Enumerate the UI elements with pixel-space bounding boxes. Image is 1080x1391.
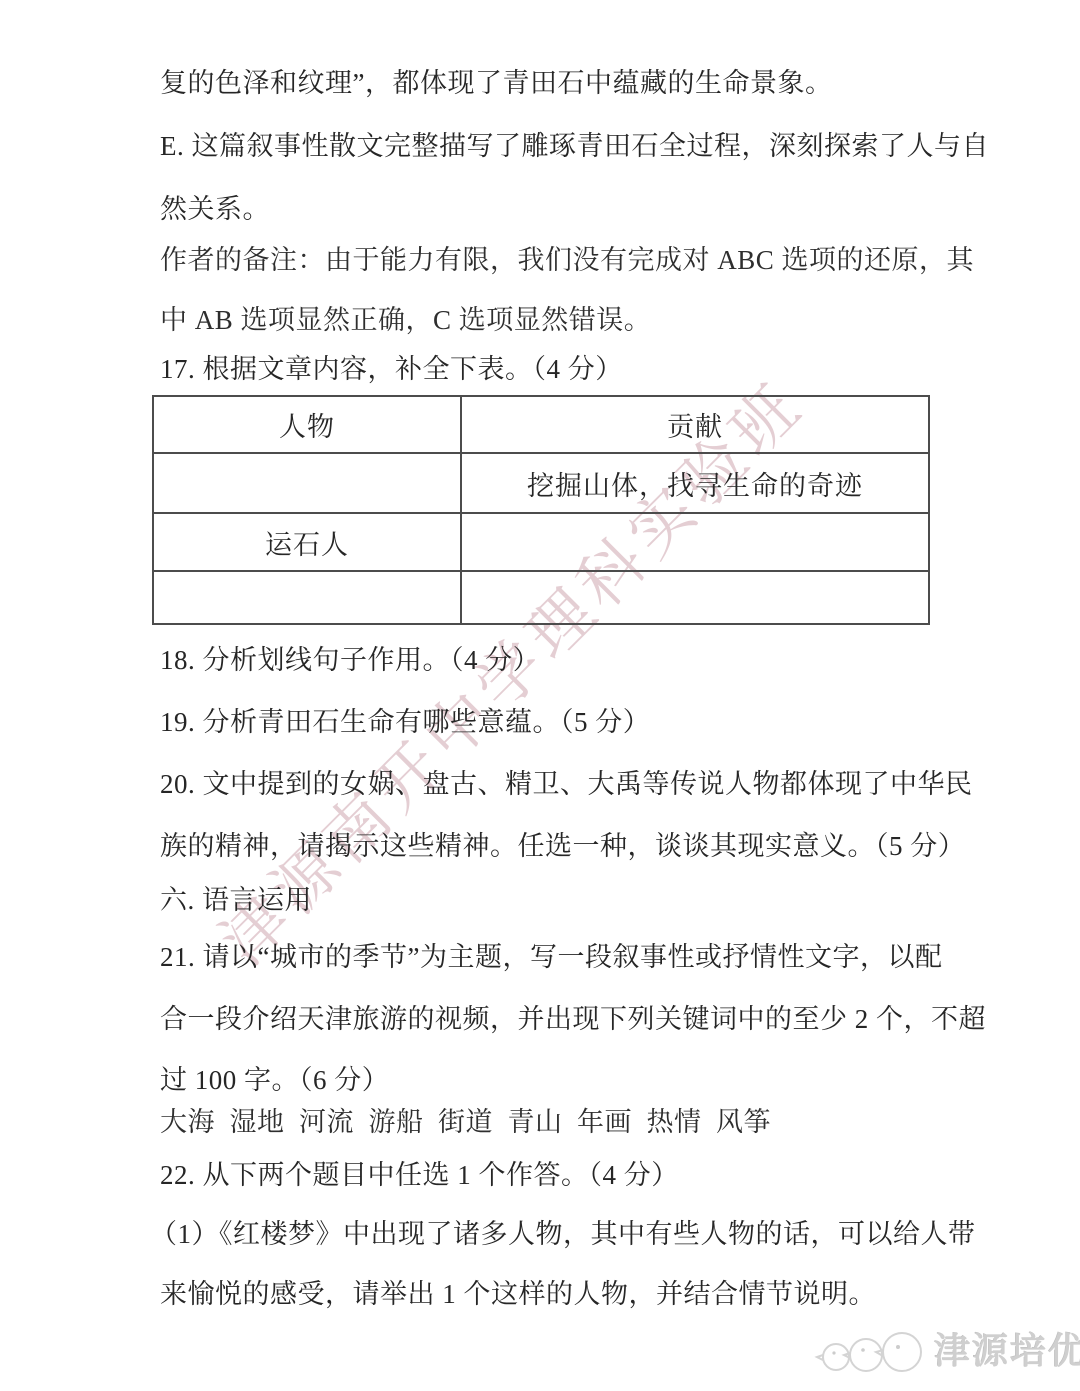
- question-21-line-1: 21. 请以“城市的季节”为主题，写一段叙事性或抒情性文字，以配: [160, 940, 942, 974]
- paragraph-tail-line: 复的色泽和纹理”，都体现了青田石中蕴藏的生命景象。: [160, 66, 832, 100]
- question-18: 18. 分析划线句子作用。（4 分）: [160, 643, 540, 677]
- question-22: 22. 从下两个题目中任选 1 个作答。（4 分）: [160, 1158, 679, 1192]
- question-21-line-2: 合一段介绍天津旅游的视频，并出现下列关键词中的至少 2 个，不超: [160, 1002, 986, 1036]
- section-6-heading: 六. 语言运用: [160, 883, 312, 917]
- author-note-line-1: 作者的备注：由于能力有限，我们没有完成对 ABC 选项的还原，其: [160, 243, 974, 277]
- question-20-line-1: 20. 文中提到的女娲、盘古、精卫、大禹等传说人物都体现了中华民: [160, 767, 973, 801]
- option-e-line-1: E. 这篇叙事性散文完整描写了雕琢青田石全过程，深刻探索了人与自: [160, 129, 989, 163]
- table-cell-person-blank-1: [153, 453, 461, 513]
- q17-table: 人物 贡献 挖掘山体，找寻生命的奇迹 运石人: [152, 395, 930, 625]
- table-cell-person-blank-2: [153, 571, 461, 624]
- question-17: 17. 根据文章内容，补全下表。（4 分）: [160, 352, 623, 386]
- question-19: 19. 分析青田石生命有哪些意蕴。（5 分）: [160, 705, 650, 739]
- table-cell-contribution-dig: 挖掘山体，找寻生命的奇迹: [461, 453, 929, 513]
- table-header-contribution: 贡献: [461, 396, 929, 453]
- q22-option-1-line-2: 来愉悦的感受，请举出 1 个这样的人物，并结合情节说明。: [160, 1277, 876, 1311]
- question-20-line-2: 族的精神，请揭示这些精神。任选一种，谈谈其现实意义。（5 分）: [160, 829, 965, 863]
- q22-option-1-line-1: （1）《红楼梦》中出现了诸多人物，其中有些人物的话，可以给人带: [150, 1217, 976, 1251]
- question-21-line-3: 过 100 字。（6 分）: [160, 1063, 389, 1097]
- option-e-line-2: 然关系。: [160, 192, 270, 226]
- author-note-line-2: 中 AB 选项显然正确，C 选项显然错误。: [160, 303, 651, 337]
- table-cell-person-carrier: 运石人: [153, 513, 461, 571]
- brand-logo-text: 津源培优: [934, 1323, 1080, 1374]
- table-header-person: 人物: [153, 396, 461, 453]
- q21-keyword-list: 大海 湿地 河流 游船 街道 青山 年画 热情 风筝: [160, 1105, 771, 1139]
- exam-paper-page: 津源南开中学理科实验班 复的色泽和纹理”，都体现了青田石中蕴藏的生命景象。 E.…: [0, 0, 1080, 1391]
- chick-mascots-icon: [814, 1317, 932, 1379]
- table-cell-contribution-blank-2: [461, 571, 929, 624]
- brand-logo: 津源培优: [814, 1317, 1080, 1379]
- table-cell-contribution-blank-1: [461, 513, 929, 571]
